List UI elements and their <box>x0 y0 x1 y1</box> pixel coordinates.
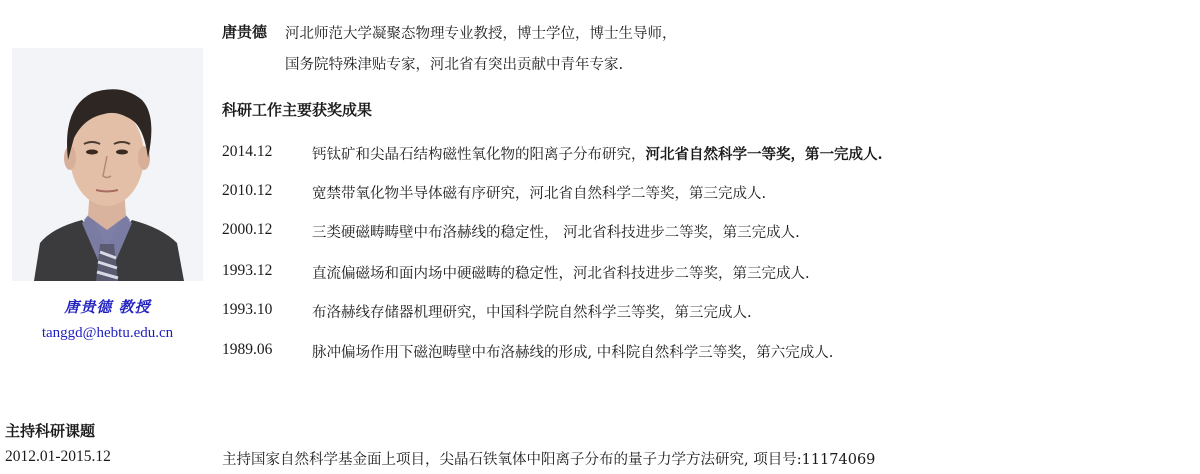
intro-line-2: 国务院特殊津贴专家，河北省有突出贡献中青年专家. <box>285 53 623 74</box>
award-date: 2014.12 <box>222 143 272 161</box>
awards-section-title: 科研工作主要获奖成果 <box>222 99 372 120</box>
profile-caption-name: 唐贵德 教授 <box>12 296 203 317</box>
profile-email-link[interactable]: tanggd@hebtu.edu.cn <box>12 325 203 342</box>
portrait-photo <box>12 48 203 281</box>
award-description: 布洛赫线存储器机理研究，中国科学院自然科学三等奖，第三完成人. <box>312 301 752 322</box>
award-date: 1993.10 <box>222 301 272 319</box>
project-date: 2012.01-2015.12 <box>5 448 111 466</box>
award-date: 2010.12 <box>222 182 272 200</box>
award-date: 2000.12 <box>222 221 272 239</box>
project-description: 主持国家自然科学基金面上项目，尖晶石铁氧体中阳离子分布的量子力学方法研究, 项目… <box>222 448 875 469</box>
intro-line-1: 河北师范大学凝聚态物理专业教授，博士学位，博士生导师， <box>285 22 677 43</box>
intro-name: 唐贵德 <box>222 21 267 42</box>
award-desc-bold: 河北省自然科学一等奖，第一完成人. <box>646 146 883 163</box>
award-description: 三类硬磁畴畴壁中布洛赫线的稳定性， 河北省科技进步二等奖，第三完成人. <box>312 221 800 242</box>
projects-section-title: 主持科研课题 <box>5 420 95 441</box>
award-date: 1993.12 <box>222 262 272 280</box>
award-description: 直流偏磁场和面内场中硬磁畴的稳定性，河北省科技进步二等奖，第三完成人. <box>312 262 810 283</box>
award-date: 1989.06 <box>222 341 272 359</box>
award-description: 钙钛矿和尖晶石结构磁性氧化物的阳离子分布研究，河北省自然科学一等奖，第一完成人. <box>312 143 883 164</box>
award-description: 脉冲偏场作用下磁泡畴壁中布洛赫线的形成, 中科院自然科学三等奖，第六完成人. <box>312 341 833 362</box>
award-description: 宽禁带氧化物半导体磁有序研究，河北省自然科学二等奖，第三完成人. <box>312 182 766 203</box>
portrait-illustration <box>12 48 203 281</box>
award-desc-text: 钙钛矿和尖晶石结构磁性氧化物的阳离子分布研究， <box>312 147 646 163</box>
